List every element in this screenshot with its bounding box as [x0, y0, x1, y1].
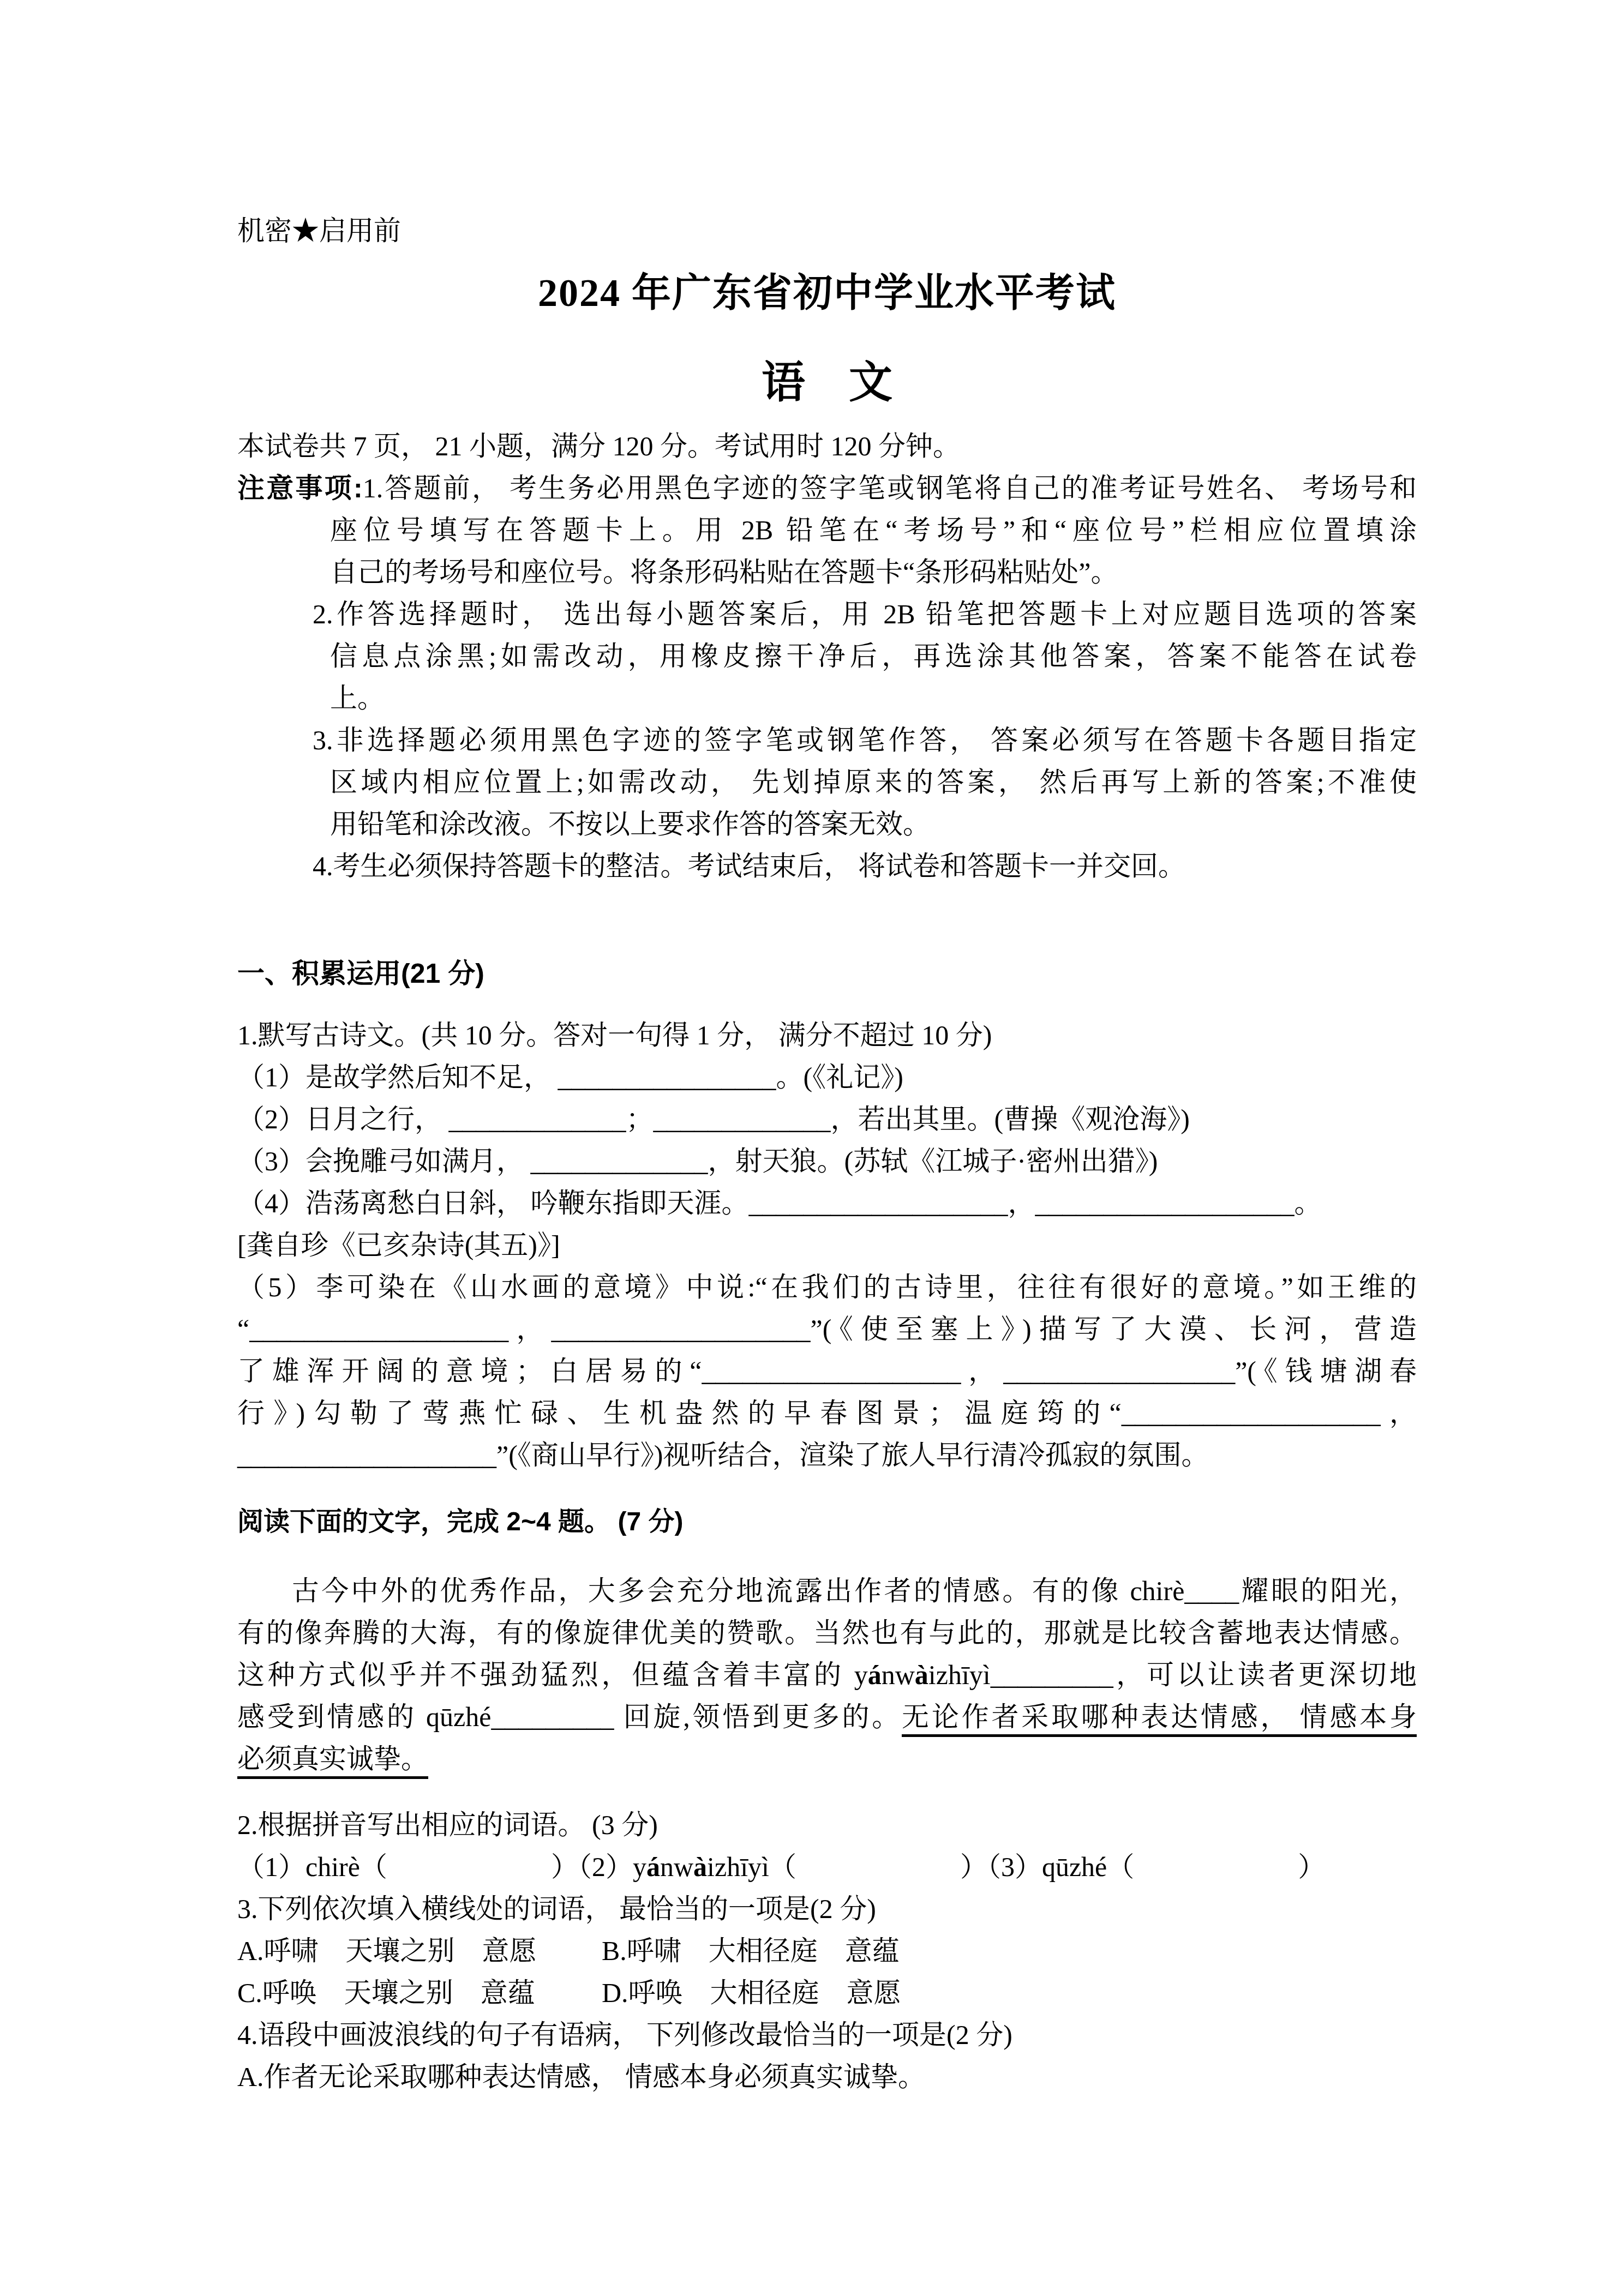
subject-title: 语 文	[237, 356, 1417, 410]
q3-option-d: D.呼唤 大相径庭 意愿	[602, 1978, 901, 2008]
exam-paper-page: 机密★启用前 2024 年广东省初中学业水平考试 语 文 本试卷共 7 页， 2…	[0, 0, 1624, 2296]
q3-option-a: A.呼啸 天壤之别 意愿	[237, 1930, 602, 1972]
notice-section: 注意事项:1.答题前， 考生务必用黑色字迹的签字笔或钢笔将自己的准考证号姓名、 …	[237, 467, 1417, 887]
q2-part-3: izhīyì（ ）（3）qūzhé（ ）	[707, 1852, 1325, 1882]
q1-item-5-line-1: （5）李可染在《山水画的意境》中说:“在我们的古诗里，往往有很好的意境。”如王维…	[237, 1266, 1417, 1308]
notice-label: 注意事项:	[237, 473, 363, 503]
q1-item-5-line-3: 了雄浑开阔的意境；白居易的“___________________，______…	[237, 1350, 1417, 1392]
reading-passage: 古今中外的优秀作品，大多会充分地流露出作者的情感。有的像 chirè____耀眼…	[237, 1570, 1417, 1780]
questions-2-4-block: 2.根据拼音写出相应的词语。 (3 分) （1）chirè（ ）（2）yánwà…	[237, 1804, 1417, 2098]
q1-item-5-line-5: ___________________”(《商山早行》)视听结合，渲染了旅人早行…	[237, 1434, 1417, 1476]
passage-line-3-post: izhīyì_________，可以让读者更深切地	[928, 1660, 1417, 1690]
notice-line-10: 4.考生必须保持答题卡的整洁。考试结束后， 将试卷和答题卡一并交回。	[237, 845, 1417, 887]
q3-prompt: 3.下列依次填入横线处的词语， 最恰当的一项是(2 分)	[237, 1888, 1417, 1930]
notice-line-2: 座位号填写在答题卡上。用 2B 铅笔在“考场号”和“座位号”栏相应位置填涂	[237, 509, 1417, 551]
passage-line-2: 有的像奔腾的大海，有的像旋律优美的赞歌。当然也有与此的，那就是比较含蓄地表达情感…	[237, 1612, 1417, 1654]
notice-line-8: 区域内相应位置上;如需改动， 先划掉原来的答案， 然后再写上新的答案;不准使	[237, 761, 1417, 803]
notice-line-3: 自己的考场号和座位号。将条形码粘贴在答题卡“条形码粘贴处”。	[237, 551, 1417, 593]
passage-line-3-mid: nw	[882, 1660, 915, 1690]
reading-section-heading: 阅读下面的文字，完成 2~4 题。 (7 分)	[237, 1501, 1417, 1543]
exam-title: 2024 年广东省初中学业水平考试	[237, 268, 1417, 317]
passage-line-1: 古今中外的优秀作品，大多会充分地流露出作者的情感。有的像 chirè____耀眼…	[237, 1570, 1417, 1612]
q1-item-5-line-2: “___________________，___________________…	[237, 1308, 1417, 1350]
q3-option-b: B.呼啸 大相径庭 意蕴	[602, 1936, 900, 1966]
q2-part-1: （1）chirè（ ）（2）y	[237, 1852, 646, 1882]
q3-options-row-2: C.呼唤 天壤之别 意蕴D.呼唤 大相径庭 意愿	[237, 1972, 1417, 2014]
section-1-heading: 一、积累运用(21 分)	[237, 953, 1417, 995]
passage-line-3-pre: 这种方式似乎并不强劲猛烈，但蕴含着丰富的 y	[237, 1660, 868, 1690]
q1-item-3: （3）会挽雕弓如满月， _____________，射天狼。(苏轼《江城子·密州…	[237, 1140, 1417, 1182]
q1-item-2: （2）日月之行， _____________；_____________，若出其…	[237, 1098, 1417, 1140]
passage-line-3: 这种方式似乎并不强劲猛烈，但蕴含着丰富的 yánwàizhīyì________…	[237, 1654, 1417, 1696]
q1-item-4-attribution: [龚自珍《已亥杂诗(其五)》]	[237, 1224, 1417, 1266]
q3-option-c: C.呼唤 天壤之别 意蕴	[237, 1972, 602, 2014]
passage-line-4: 感受到情感的 qūzhé_________ 回旋,领悟到更多的。无论作者采取哪种…	[237, 1696, 1417, 1738]
notice-item-1-text: 1.答题前， 考生务必用黑色字迹的签字笔或钢笔将自己的准考证号姓名、 考场号和	[363, 473, 1417, 503]
q3-options-row-1: A.呼啸 天壤之别 意愿B.呼啸 大相径庭 意蕴	[237, 1930, 1417, 1972]
notice-line-1: 注意事项:1.答题前， 考生务必用黑色字迹的签字笔或钢笔将自己的准考证号姓名、 …	[237, 467, 1417, 509]
q2-part-2: nw	[660, 1852, 693, 1882]
notice-line-5: 信息点涂黑;如需改动，用橡皮擦干净后，再选涂其他答案，答案不能答在试卷	[237, 635, 1417, 677]
paper-info: 本试卷共 7 页， 21 小题，满分 120 分。考试用时 120 分钟。	[237, 425, 1417, 467]
notice-line-6: 上。	[237, 677, 1417, 719]
pinyin-accent-a2: à	[915, 1660, 928, 1690]
passage-line-4-pre: 感受到情感的 qūzhé_________ 回旋,领悟到更多的。	[237, 1702, 902, 1732]
pinyin-accent-b1: á	[646, 1852, 660, 1882]
q1-item-1: （1）是故学然后知不足， ________________。(《礼记》)	[237, 1056, 1417, 1098]
q1-prompt: 1.默写古诗文。(共 10 分。答对一句得 1 分， 满分不超过 10 分)	[237, 1014, 1417, 1056]
underlined-sentence-part-1: 无论作者采取哪种表达情感， 情感本身	[902, 1702, 1417, 1737]
passage-line-5: 必须真实诚挚。	[237, 1738, 1417, 1780]
notice-line-7: 3.非选择题必须用黑色字迹的签字笔或钢笔作答， 答案必须写在答题卡各题目指定	[237, 719, 1417, 761]
q1-item-5-line-4: 行》)勾勒了莺燕忙碌、生机盎然的早春图景；温庭筠的“______________…	[237, 1392, 1417, 1434]
security-label: 机密★启用前	[237, 210, 1417, 252]
pinyin-accent-a1: á	[868, 1660, 882, 1690]
q4-prompt: 4.语段中画波浪线的句子有语病， 下列修改最恰当的一项是(2 分)	[237, 2014, 1417, 2056]
notice-line-9: 用铅笔和涂改液。不按以上要求作答的答案无效。	[237, 803, 1417, 845]
pinyin-accent-b2: à	[693, 1852, 707, 1882]
q2-prompt: 2.根据拼音写出相应的词语。 (3 分)	[237, 1804, 1417, 1846]
notice-line-4: 2.作答选择题时， 选出每小题答案后，用 2B 铅笔把答题卡上对应题目选项的答案	[237, 593, 1417, 635]
q1-item-4: （4）浩荡离愁白日斜， 吟鞭东指即天涯。___________________，…	[237, 1182, 1417, 1224]
q2-answer-line: （1）chirè（ ）（2）yánwàizhīyì（ ）（3）qūzhé（ ）	[237, 1846, 1417, 1888]
question-1-block: 1.默写古诗文。(共 10 分。答对一句得 1 分， 满分不超过 10 分) （…	[237, 1014, 1417, 1476]
underlined-sentence-part-2: 必须真实诚挚。	[237, 1744, 428, 1779]
q4-option-a: A.作者无论采取哪种表达情感， 情感本身必须真实诚挚。	[237, 2056, 1417, 2098]
